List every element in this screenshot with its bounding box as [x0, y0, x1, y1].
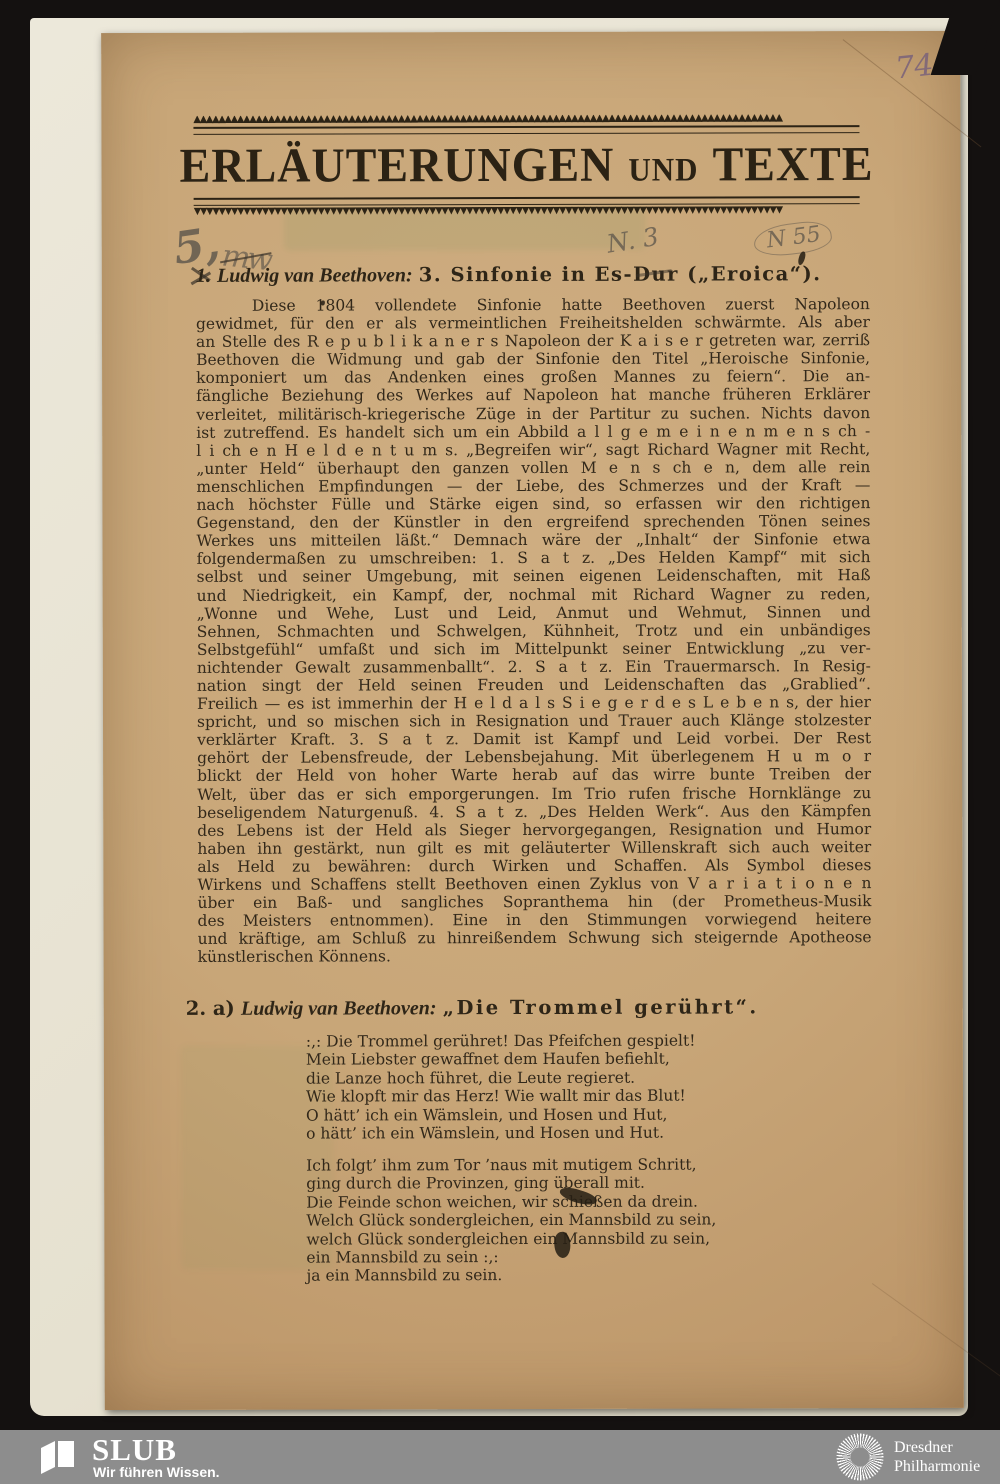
- slub-logo-block[interactable]: SLUB Wir führen Wissen.: [0, 1430, 300, 1484]
- sawtooth-ornament-bottom: ▼▼▼▼▼▼▼▼▼▼▼▼▼▼▼▼▼▼▼▼▼▼▼▼▼▼▼▼▼▼▼▼▼▼▼▼▼▼▼▼…: [194, 206, 860, 217]
- section1-heading: 1. Ludwig van Beethoven: 3. Sinfonie in …: [196, 262, 868, 288]
- paragraph-line: „Wonne und Wehe, Lust und Leid, Anmut un…: [197, 603, 871, 623]
- partner-name-line2: Philharmonie: [894, 1457, 980, 1476]
- section2-title: „Die Trommel gerührt“.: [443, 995, 759, 1019]
- section2-author: Ludwig van Beethoven:: [241, 997, 437, 1020]
- paragraph-line: komponiert um das Andenken eines großen …: [196, 367, 870, 387]
- paragraph-line: an Stelle des R e p u b l i k a n e r s …: [196, 331, 870, 351]
- paragraph-line: „unter Held“ überhaupt den ganzen vollen…: [196, 458, 870, 478]
- viewer-footer-bar: SLUB Wir führen Wissen. Dresdner Philhar…: [0, 1430, 1000, 1484]
- section1-number: 1.: [196, 265, 211, 287]
- paragraph-line: haben ihn gestärkt, nun gilt es mit gelä…: [197, 838, 871, 858]
- paragraph-line: Beethoven die Widmung und gab der Sinfon…: [196, 349, 870, 369]
- paragraph-line: und Niedrigkeit, ein Kampf, der, nochmal…: [197, 585, 871, 605]
- verse-line: :,: Die Trommel gerühret! Das Pfeifchen …: [306, 1032, 696, 1051]
- verse-line: Welch Glück sondergleichen, ein Mannsbil…: [306, 1211, 716, 1230]
- paragraph-line: Diese 1804 vollendete Sinfonie hatte Bee…: [196, 295, 870, 315]
- paragraph-line: ist zutreffend. Es handelt sich um ein A…: [196, 422, 870, 442]
- paragraph-line: verleitet, militärisch-kriegerische Züge…: [196, 404, 870, 424]
- paragraph-line: gewidmet, für den er als vermeintlichen …: [196, 313, 870, 333]
- paragraph-line: des Meisters entnommen). Eine in den Sti…: [198, 910, 872, 930]
- verse-line: welch Glück sondergleichen ein Mannsbild…: [306, 1229, 716, 1248]
- page-banner: ▲▲▲▲▲▲▲▲▲▲▲▲▲▲▲▲▲▲▲▲▲▲▲▲▲▲▲▲▲▲▲▲▲▲▲▲▲▲▲▲…: [193, 114, 859, 217]
- paragraph-line: fängliche Beziehung des Werkes auf Napol…: [196, 386, 870, 406]
- paragraph-line: Wirkens und Schaffens stellt Beethoven e…: [197, 874, 871, 894]
- paragraph-line: und kräftige, am Schluß zu hinreißendem …: [198, 928, 872, 948]
- banner-word-texte: TEXTE: [712, 135, 873, 192]
- paragraph-line: Freilich — es ist immerhin der H e l d a…: [197, 693, 871, 713]
- explanation-paragraph: Diese 1804 vollendete Sinfonie hatte Bee…: [196, 295, 872, 966]
- scanned-page: 74. ▲▲▲▲▲▲▲▲▲▲▲▲▲▲▲▲▲▲▲▲▲▲▲▲▲▲▲▲▲▲▲▲▲▲▲▲…: [101, 31, 964, 1410]
- paragraph-line: spricht, und so mischen sich in Resignat…: [197, 711, 871, 731]
- pencil-annotation-nr55-circled: N 55: [752, 219, 834, 259]
- slub-tagline: Wir führen Wissen.: [93, 1464, 220, 1480]
- paragraph-line: verklärter Kraft. 3. S a t z. Damit ist …: [197, 729, 871, 749]
- dresdner-philharmonie-logo-icon: [836, 1433, 884, 1481]
- partner-name-line1: Dresdner: [894, 1438, 980, 1457]
- paragraph-line: Selbstgefühl“ umfaßt und sich im Mittelp…: [197, 639, 871, 659]
- paragraph-line: menschlichen Empfindungen — der Liebe, d…: [196, 476, 870, 496]
- paragraph-line: l i ch e n H e l d e n t u m s. „Begreif…: [196, 440, 870, 460]
- scanned-document-viewer: 74. ▲▲▲▲▲▲▲▲▲▲▲▲▲▲▲▲▲▲▲▲▲▲▲▲▲▲▲▲▲▲▲▲▲▲▲▲…: [0, 0, 1000, 1484]
- verse-line: o hätt’ ich ein Wämslein, und Hosen und …: [306, 1124, 696, 1143]
- paragraph-line: blickt der Held von hoher Warte herab au…: [197, 766, 871, 786]
- paragraph-line: Gegenstand, den der Künstler in den ergr…: [196, 512, 870, 532]
- paragraph-line: Sehnen, Schmachten und Schwelgen, Kühnhe…: [197, 621, 871, 641]
- paragraph-line: Welt, über das er sich emporgerungen. Im…: [197, 784, 871, 804]
- section2-number: 2. a): [186, 997, 235, 1020]
- paragraph-line: nation singt der Held seinen Freuden und…: [197, 675, 871, 695]
- verse-line: Ich folgt’ ihm zum Tor ’naus mit mutigem…: [306, 1156, 716, 1175]
- slub-book-icon: [38, 1439, 78, 1475]
- banner-word-erlaeuterungen: ERLÄUTERUNGEN: [180, 136, 615, 193]
- section2-heading: 2. a) Ludwig van Beethoven: „Die Trommel…: [186, 995, 886, 1021]
- double-rule-bottom: [194, 196, 860, 206]
- paragraph-line: selbst und seiner Umgebung, mit seinen e…: [197, 567, 871, 587]
- paragraph-line: als Held zu bewähren: durch Wirken und S…: [197, 856, 871, 876]
- paragraph-line: künstlerischen Könnens.: [198, 946, 872, 966]
- paragraph-line: folgendermaßen zu umschreiben: 1. S a t …: [197, 548, 871, 568]
- banner-word-und: UND: [628, 151, 698, 189]
- verse-line: ging durch die Provinzen, ging überall m…: [306, 1174, 716, 1193]
- section1-title: 3. Sinfonie in Es-Dur („Eroica“).: [419, 262, 822, 286]
- section1-author: Ludwig van Beethoven:: [217, 264, 413, 287]
- paragraph-line: gehört der Lebensfreude, der Lebensbejah…: [197, 747, 871, 767]
- poem-verse-1: :,: Die Trommel gerühret! Das Pfeifchen …: [306, 1032, 696, 1143]
- sawtooth-ornament-top: ▲▲▲▲▲▲▲▲▲▲▲▲▲▲▲▲▲▲▲▲▲▲▲▲▲▲▲▲▲▲▲▲▲▲▲▲▲▲▲▲…: [193, 114, 859, 125]
- paragraph-line: über ein Baß- und sangliches Sopranthema…: [197, 892, 871, 912]
- verse-line: Wie klopft mir das Herz! Wie wallt mir d…: [306, 1087, 696, 1106]
- dresdner-philharmonie-wordmark: Dresdner Philharmonie: [894, 1438, 980, 1476]
- slub-wordmark: SLUB: [92, 1432, 177, 1468]
- paragraph-line: nach höchster Fülle und Stärke eigen sin…: [196, 494, 870, 514]
- banner-title: ERLÄUTERUNGEN UND TEXTE: [193, 133, 859, 197]
- verse-line: O hätt’ ich ein Wämslein, und Hosen und …: [306, 1105, 696, 1124]
- verse-line: die Lanze hoch führet, die Leute regiere…: [306, 1068, 696, 1087]
- paragraph-line: beseligendem Naturgenuß. 4. S a t z. „De…: [197, 802, 871, 822]
- paragraph-line: Werkes uns mitteilen läßt.“ Demnach wäre…: [197, 530, 871, 550]
- verse-line: ja ein Mannsbild zu sein.: [306, 1266, 716, 1285]
- verse-line: Mein Liebster gewaffnet dem Haufen befie…: [306, 1050, 696, 1069]
- paper-crease-bottom-right: [872, 1283, 1000, 1378]
- dresdner-philharmonie-block[interactable]: Dresdner Philharmonie: [820, 1430, 1000, 1484]
- paragraph-line: nichtender Gewalt zusammenballt“. 2. S a…: [197, 657, 871, 677]
- paragraph-line: des Lebens ist der Held als Sieger hervo…: [197, 820, 871, 840]
- verse-line: ein Mannsbild zu sein :,:: [306, 1248, 716, 1267]
- verse-line: Die Feinde schon weichen, wir schießen d…: [306, 1192, 716, 1211]
- poem-verse-2: Ich folgt’ ihm zum Tor ’naus mit mutigem…: [306, 1156, 716, 1286]
